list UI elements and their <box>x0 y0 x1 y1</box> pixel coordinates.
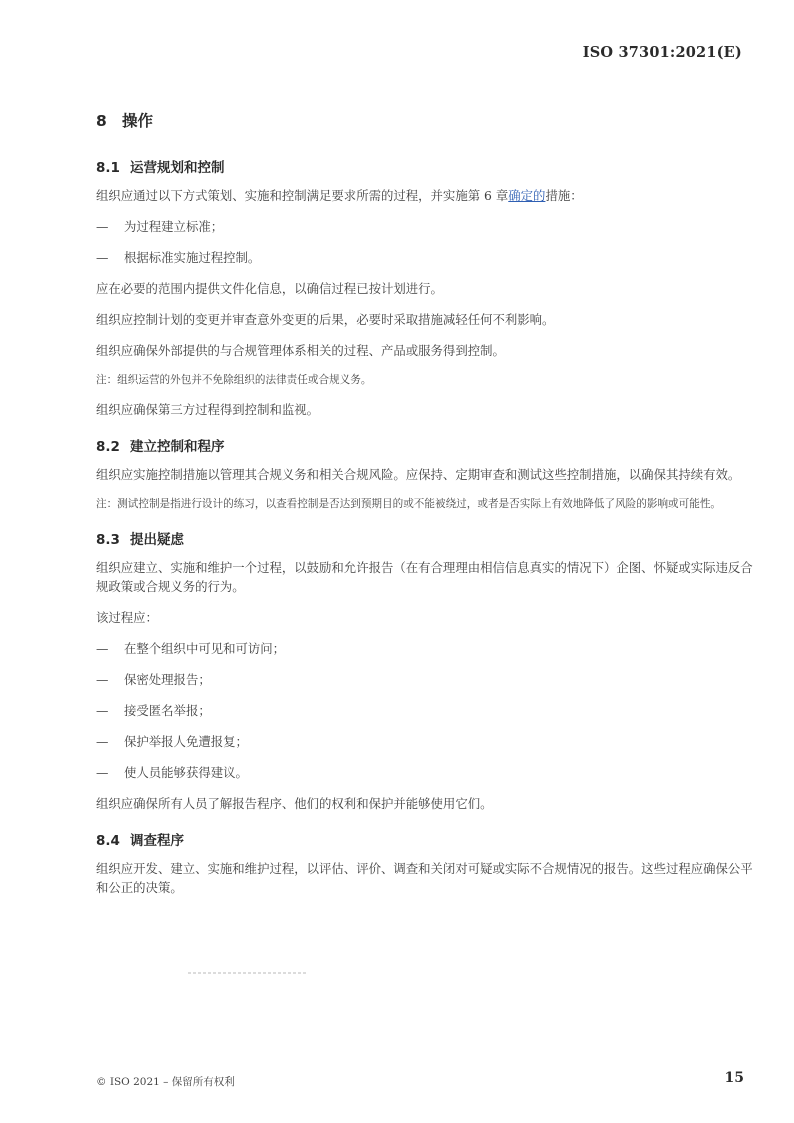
paragraph: 组织应建立、实施和维护一个过程，以鼓励和允许报告（在有合理理由相信信息真实的情况… <box>96 558 756 596</box>
list-item: —根据标准实施过程控制。 <box>96 248 756 267</box>
paragraph: 组织应通过以下方式策划、实施和控制满足要求所需的过程，并实施第 6 章确定的措施… <box>96 186 756 205</box>
document-id: ISO 37301:2021(E) <box>583 44 742 61</box>
list-item: —使人员能够获得建议。 <box>96 763 756 782</box>
dash-bullet: — <box>96 670 124 689</box>
paragraph: 组织应实施控制措施以管理其合规义务和相关合规风险。应保持、定期审查和测试这些控制… <box>96 465 756 484</box>
list-item-text: 保护举报人免遭报复； <box>124 732 248 751</box>
list-item: —接受匿名举报； <box>96 701 756 720</box>
section-8-4: 8.4调查程序 组织应开发、建立、实施和维护过程，以评估、评价、调查和关闭对可疑… <box>96 829 756 897</box>
list-item-text: 接受匿名举报； <box>124 701 211 720</box>
paragraph: 组织应确保第三方过程得到控制和监视。 <box>96 400 756 419</box>
section-heading: 8.3提出疑虑 <box>96 528 756 552</box>
clause-number: 8 <box>96 108 122 134</box>
paragraph: 该过程应： <box>96 608 756 627</box>
page-content: 8操作 8.1运营规划和控制 组织应通过以下方式策划、实施和控制满足要求所需的过… <box>96 108 756 913</box>
section-number: 8.4 <box>96 829 130 853</box>
section-heading: 8.1运营规划和控制 <box>96 156 756 180</box>
dash-bullet: — <box>96 763 124 782</box>
paragraph: 组织应开发、建立、实施和维护过程，以评估、评价、调查和关闭对可疑或实际不合规情况… <box>96 859 756 897</box>
section-title: 运营规划和控制 <box>130 160 225 176</box>
footer-copyright: © ISO 2021 – 保留所有权利 <box>96 1074 235 1089</box>
list-item-text: 使人员能够获得建议。 <box>124 763 248 782</box>
clause-heading: 8操作 <box>96 108 756 134</box>
dash-bullet: — <box>96 248 124 267</box>
note: 注：测试控制是指进行设计的练习，以查看控制是否达到预期目的或不能被绕过，或者是否… <box>96 496 756 512</box>
list-item-text: 根据标准实施过程控制。 <box>124 248 260 267</box>
section-8-1: 8.1运营规划和控制 组织应通过以下方式策划、实施和控制满足要求所需的过程，并实… <box>96 156 756 419</box>
paragraph: 组织应确保所有人员了解报告程序、他们的权利和保护并能够使用它们。 <box>96 794 756 813</box>
paragraph: 应在必要的范围内提供文件化信息，以确信过程已按计划进行。 <box>96 279 756 298</box>
section-heading: 8.2建立控制和程序 <box>96 435 756 459</box>
section-number: 8.3 <box>96 528 130 552</box>
text: 组织应通过以下方式策划、实施和控制满足要求所需的过程，并实施第 6 章 <box>96 188 508 203</box>
section-title: 调查程序 <box>130 833 184 849</box>
section-number: 8.1 <box>96 156 130 180</box>
section-8-3: 8.3提出疑虑 组织应建立、实施和维护一个过程，以鼓励和允许报告（在有合理理由相… <box>96 528 756 813</box>
section-heading: 8.4调查程序 <box>96 829 756 853</box>
dash-bullet: — <box>96 639 124 658</box>
paragraph: 组织应确保外部提供的与合规管理体系相关的过程、产品或服务得到控制。 <box>96 341 756 360</box>
list-item-text: 为过程建立标准； <box>124 217 223 236</box>
cross-reference-link[interactable]: 确定的 <box>508 188 545 203</box>
dash-bullet: — <box>96 732 124 751</box>
note: 注：组织运营的外包并不免除组织的法律责任或合规义务。 <box>96 372 756 388</box>
faint-scan-artifact <box>188 972 308 974</box>
section-title: 提出疑虑 <box>130 532 184 548</box>
list-item: —保密处理报告； <box>96 670 756 689</box>
list-item: —在整个组织中可见和可访问； <box>96 639 756 658</box>
list-item: —为过程建立标准； <box>96 217 756 236</box>
list-item: —保护举报人免遭报复； <box>96 732 756 751</box>
section-number: 8.2 <box>96 435 130 459</box>
section-8-2: 8.2建立控制和程序 组织应实施控制措施以管理其合规义务和相关合规风险。应保持、… <box>96 435 756 512</box>
clause-title: 操作 <box>122 112 153 130</box>
list-item-text: 保密处理报告； <box>124 670 211 689</box>
list-item-text: 在整个组织中可见和可访问； <box>124 639 285 658</box>
dash-bullet: — <box>96 217 124 236</box>
section-title: 建立控制和程序 <box>130 439 225 455</box>
paragraph: 组织应控制计划的变更并审查意外变更的后果，必要时采取措施减轻任何不利影响。 <box>96 310 756 329</box>
text: 措施： <box>545 188 582 203</box>
dash-bullet: — <box>96 701 124 720</box>
page-number: 15 <box>725 1070 744 1086</box>
